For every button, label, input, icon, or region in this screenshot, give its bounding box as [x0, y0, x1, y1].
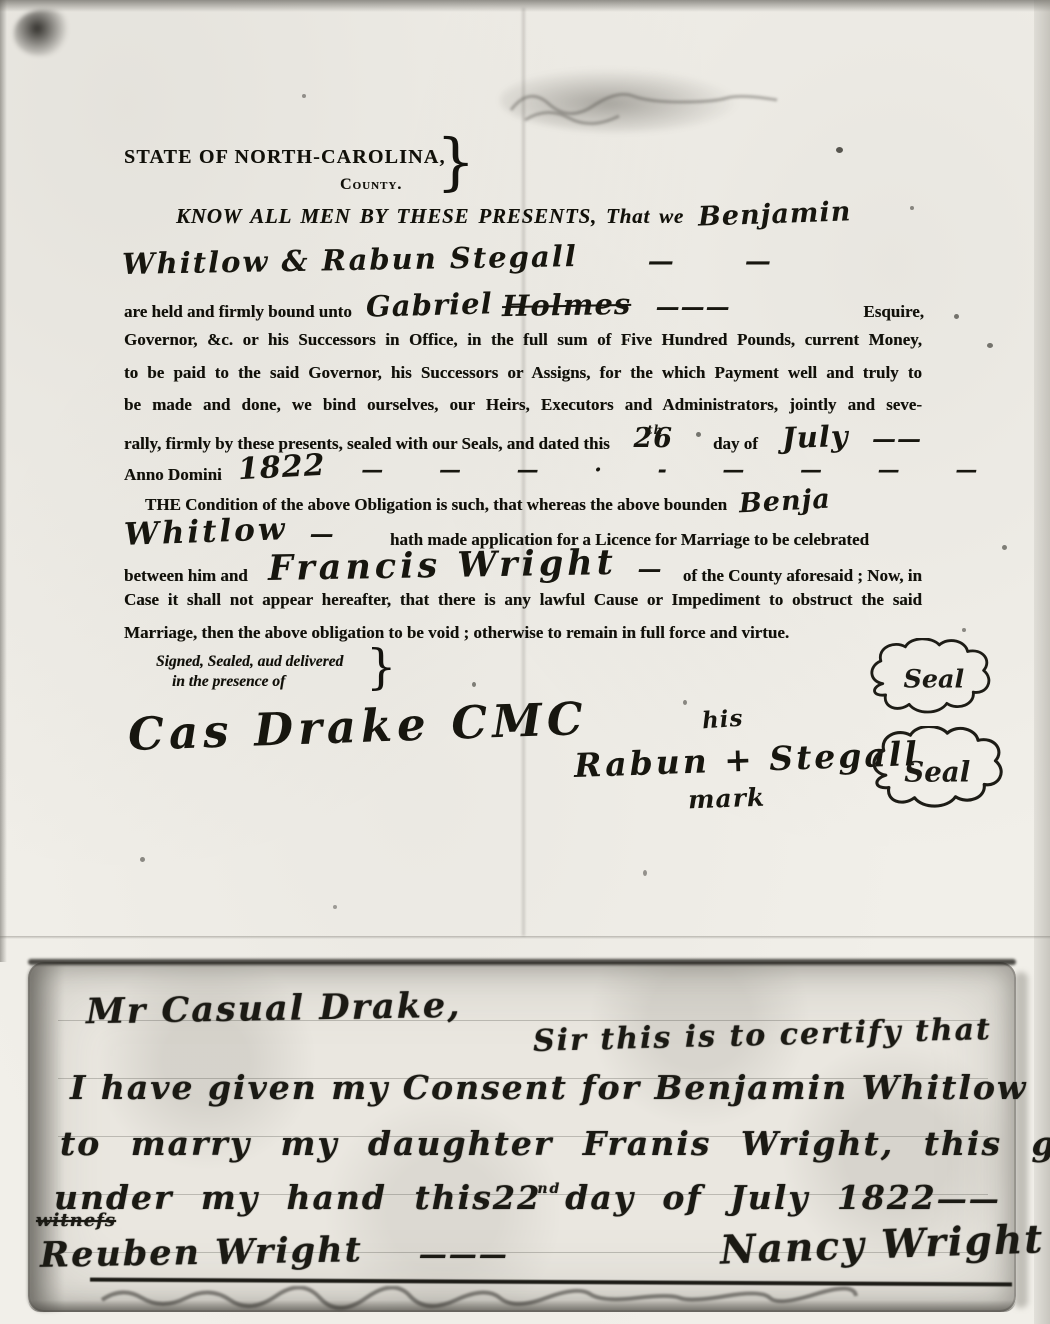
obligee-dash: ———	[656, 292, 731, 321]
note-line-4-suffix: day of July 1822	[565, 1178, 936, 1217]
signed-sealed-block: Signed, Sealed, aud delivered in the pre…	[156, 652, 343, 692]
principals-names: Whitlow & Rabun Stegall	[122, 239, 578, 281]
bride-name: Francis Wright	[268, 542, 618, 589]
body-line-4: rally, firmly by these presents, sealed …	[124, 420, 922, 454]
note-line-4: under my hand this 22nd day of July 1822…	[54, 1178, 984, 1217]
opening-line: KNOW ALL MEN BY THESE PRESENTS, That we …	[176, 199, 851, 230]
condition-line-5: Marriage, then the above obligation to b…	[124, 623, 789, 643]
day-superscript: th	[647, 423, 663, 437]
note-line-3-text: to marry my daughter Franis Wright, this…	[60, 1124, 1050, 1163]
bound-prefix: are held and firmly bound unto	[124, 302, 352, 322]
seal-text: Seal	[903, 664, 964, 694]
condition-printed-3: of the County aforesaid ; Now, in	[683, 566, 922, 586]
seal-scroll-top: Seal	[862, 638, 994, 716]
seal-scroll-bottom: Seal	[856, 726, 1014, 810]
note-line-3: to marry my daughter Franis Wright, this…	[60, 1124, 1000, 1163]
condition-printed-1: THE Condition of the above Obligation is…	[145, 495, 727, 515]
note-line-4-dash: ——	[937, 1182, 1001, 1217]
attestation-brace: }	[366, 646, 397, 689]
consent-note-page: Mr Casual Drake, Sir this is to certify …	[28, 962, 1016, 1312]
year-dashes: — — — · - — — — —	[361, 457, 979, 483]
bride-dash: —	[637, 554, 662, 583]
state-title: STATE OF NORTH-CAROLINA,	[124, 146, 446, 169]
illegible-bleedthrough	[98, 1286, 998, 1310]
witness-signature: Cas Drake CMC	[127, 692, 588, 761]
note-day: 22nd	[493, 1179, 566, 1217]
his-label: his	[701, 705, 744, 735]
scanned-marriage-bond-document: STATE OF NORTH-CAROLINA, County. } KNOW …	[0, 0, 1050, 1324]
note-line-4-prefix: under my hand this	[54, 1178, 493, 1217]
anno-domini-label: Anno Domini	[124, 465, 222, 485]
father-signature: Reuben Wright	[40, 1229, 363, 1276]
condition-line-3: between him and Francis Wright — of the …	[124, 545, 922, 586]
principals-line: Whitlow & Rabun Stegall — —	[122, 243, 772, 277]
seal-text: Seal	[904, 755, 970, 788]
obligee-first-name: Gabriel	[365, 286, 492, 323]
year-value: 1822	[237, 448, 326, 488]
between-him-and: between him and	[124, 566, 248, 586]
body-line-3: be made and done, we bind ourselves, our…	[124, 395, 922, 415]
signed-sealed-line1: Signed, Sealed, aud delivered	[156, 652, 343, 672]
mark-label: mark	[688, 783, 766, 815]
father-signature-line: Reuben Wright ———	[40, 1232, 509, 1273]
note-day-superscript: nd	[537, 1181, 561, 1197]
body-line-2: to be paid to the said Governor, his Suc…	[124, 363, 922, 383]
principal-name-benjamin: Benjamin	[698, 196, 852, 232]
anno-domini-line: Anno Domini 1822 — — — · - — — — —	[124, 450, 979, 485]
month-dash: ——	[872, 424, 922, 453]
marriage-bond-page: STATE OF NORTH-CAROLINA, County. } KNOW …	[0, 0, 1050, 940]
father-signature-dash: ———	[419, 1238, 509, 1271]
esquire-label: Esquire,	[863, 302, 924, 322]
groom-dash: —	[310, 519, 335, 548]
mother-signature: Nancy Wright	[719, 1216, 1045, 1273]
condition-line-4: Case it shall not appear hereafter, that…	[124, 590, 922, 610]
opening-printed: KNOW ALL MEN BY THESE PRESENTS, That we	[176, 204, 684, 229]
county-label: County.	[340, 176, 402, 194]
groom-first-name: Benja	[738, 484, 831, 520]
body-line-1: Governor, &c. or his Successors in Offic…	[124, 330, 922, 350]
principals-dashes: — —	[648, 247, 772, 277]
signed-sealed-line2: in the presence of	[172, 672, 343, 692]
note-salutation: Mr Casual Drake,	[86, 985, 462, 1033]
slip-top-edge	[28, 959, 1016, 965]
obligee-last-name: Holmes	[502, 287, 632, 323]
header-brace: }	[436, 134, 475, 190]
bound-line: are held and firmly bound unto Gabriel H…	[124, 288, 924, 322]
witness-label: witnefs	[36, 1210, 116, 1231]
note-line-2: I have given my Consent for Benjamin Whi…	[70, 1068, 988, 1107]
